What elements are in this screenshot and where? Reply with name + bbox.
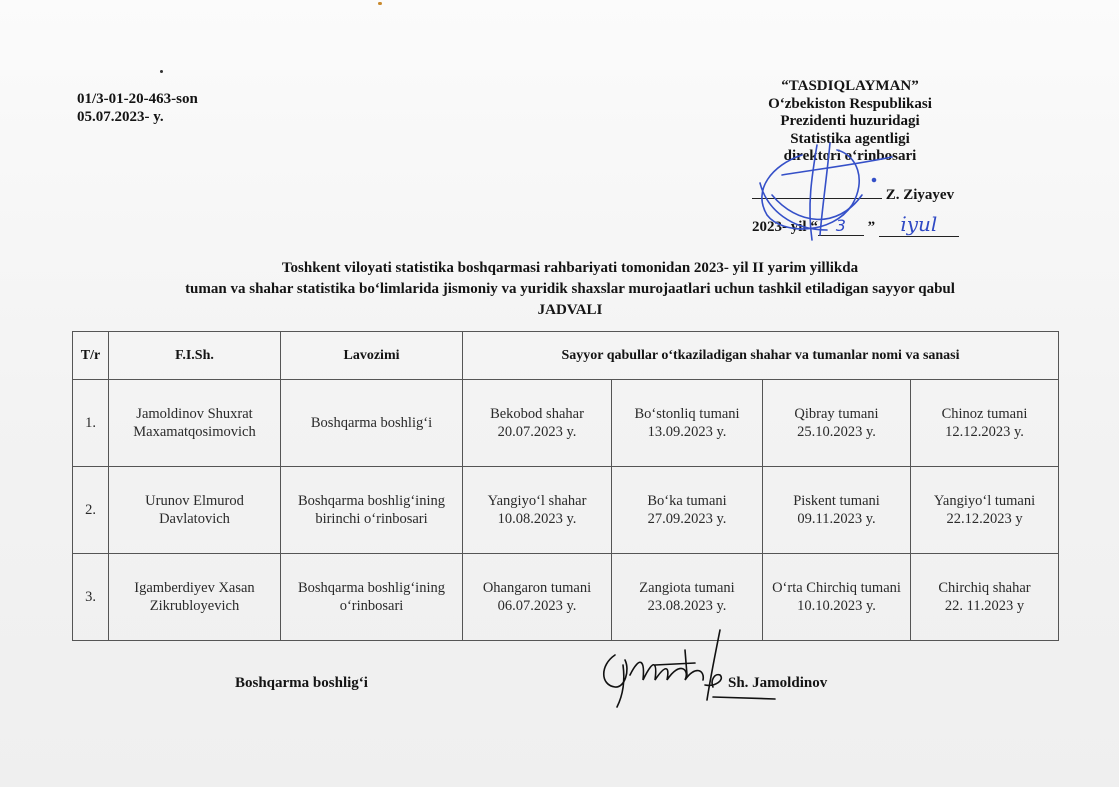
position-line: Boshqarma boshlig‘ining bbox=[283, 579, 460, 597]
cell-visit: Bekobod shahar20.07.2023 y. bbox=[463, 380, 612, 467]
cell-num: 1. bbox=[73, 380, 109, 467]
approval-date-row: 2023- yil “3 ” iyul bbox=[752, 212, 959, 237]
cell-visit: Zangiota tumani23.08.2023 y. bbox=[612, 554, 763, 641]
header-num: T/r bbox=[73, 332, 109, 380]
cell-position: Boshqarma boshlig‘iningo‘rinbosari bbox=[281, 554, 463, 641]
cell-num: 3. bbox=[73, 554, 109, 641]
visit-place: Bekobod shahar bbox=[465, 405, 609, 423]
document-title: Toshkent viloyati statistika boshqarmasi… bbox=[80, 258, 1060, 321]
signature-line bbox=[752, 184, 882, 199]
visit-place: Bo‘ka tumani bbox=[614, 492, 760, 510]
schedule-table: T/r F.I.Sh. Lavozimi Sayyor qabullar o‘t… bbox=[72, 331, 1059, 641]
visit-date: 23.08.2023 y. bbox=[614, 597, 760, 615]
cell-name: Igamberdiyev XasanZikrubloyevich bbox=[109, 554, 281, 641]
cell-visit: Bo‘stonliq tumani13.09.2023 y. bbox=[612, 380, 763, 467]
footer-position: Boshqarma boshlig‘i bbox=[235, 675, 368, 692]
paper-speck bbox=[378, 2, 382, 5]
visit-place: Ohangaron tumani bbox=[465, 579, 609, 597]
table-row: 1.Jamoldinov ShuxratMaxamatqosimovichBos… bbox=[73, 380, 1059, 467]
approval-block: “TASDIQLAYMAN” O‘zbekiston Respublikasi … bbox=[735, 78, 965, 166]
visit-date: 10.08.2023 y. bbox=[465, 510, 609, 528]
visit-place: Yangiyo‘l shahar bbox=[465, 492, 609, 510]
visit-date: 13.09.2023 y. bbox=[614, 423, 760, 441]
visit-date: 22.12.2023 y bbox=[913, 510, 1056, 528]
visit-place: Yangiyo‘l tumani bbox=[913, 492, 1056, 510]
cell-name: Jamoldinov ShuxratMaxamatqosimovich bbox=[109, 380, 281, 467]
visit-date: 22. 11.2023 y bbox=[913, 597, 1056, 615]
visit-date: 12.12.2023 y. bbox=[913, 423, 1056, 441]
name-line: Urunov Elmurod bbox=[111, 492, 278, 510]
cell-visit: O‘rta Chirchiq tumani10.10.2023 y. bbox=[763, 554, 911, 641]
footer-signatory: Sh. Jamoldinov bbox=[728, 675, 827, 692]
name-line: Jamoldinov Shuxrat bbox=[111, 405, 278, 423]
visit-date: 06.07.2023 y. bbox=[465, 597, 609, 615]
visit-date: 09.11.2023 y. bbox=[765, 510, 908, 528]
cell-position: Boshqarma boshlig‘i bbox=[281, 380, 463, 467]
date-day: 3 bbox=[818, 216, 864, 236]
reference-block: 01/3-01-20-463-son 05.07.2023- y. bbox=[77, 90, 198, 126]
visit-date: 25.10.2023 y. bbox=[765, 423, 908, 441]
position-line: Boshqarma boshlig‘i bbox=[283, 414, 460, 432]
table-header-row: T/r F.I.Sh. Lavozimi Sayyor qabullar o‘t… bbox=[73, 332, 1059, 380]
header-position: Lavozimi bbox=[281, 332, 463, 380]
approval-line: O‘zbekiston Respublikasi bbox=[735, 96, 965, 114]
table-row: 3.Igamberdiyev XasanZikrubloyevichBoshqa… bbox=[73, 554, 1059, 641]
name-line: Igamberdiyev Xasan bbox=[111, 579, 278, 597]
visit-place: Chinoz tumani bbox=[913, 405, 1056, 423]
approval-heading: “TASDIQLAYMAN” bbox=[735, 78, 965, 96]
reference-number: 01/3-01-20-463-son bbox=[77, 90, 198, 108]
table-row: 2.Urunov ElmurodDavlatovichBoshqarma bos… bbox=[73, 467, 1059, 554]
visit-date: 20.07.2023 y. bbox=[465, 423, 609, 441]
title-line-3: JADVALI bbox=[80, 300, 1060, 321]
date-prefix: 2023- yil “ bbox=[752, 219, 818, 235]
approval-signatory: Z. Ziyayev bbox=[886, 187, 954, 203]
visit-date: 27.09.2023 y. bbox=[614, 510, 760, 528]
cell-num: 2. bbox=[73, 467, 109, 554]
visit-place: O‘rta Chirchiq tumani bbox=[765, 579, 908, 597]
name-line: Zikrubloyevich bbox=[111, 597, 278, 615]
header-name: F.I.Sh. bbox=[109, 332, 281, 380]
visit-place: Bo‘stonliq tumani bbox=[614, 405, 760, 423]
cell-position: Boshqarma boshlig‘iningbirinchi o‘rinbos… bbox=[281, 467, 463, 554]
cell-visit: Piskent tumani09.11.2023 y. bbox=[763, 467, 911, 554]
visit-place: Zangiota tumani bbox=[614, 579, 760, 597]
cell-visit: Bo‘ka tumani27.09.2023 y. bbox=[612, 467, 763, 554]
approval-line: Statistika agentligi bbox=[735, 131, 965, 149]
date-month: iyul bbox=[879, 212, 959, 237]
visit-place: Piskent tumani bbox=[765, 492, 908, 510]
header-visits: Sayyor qabullar o‘tkaziladigan shahar va… bbox=[463, 332, 1059, 380]
document-page: 01/3-01-20-463-son 05.07.2023- y. “TASDI… bbox=[0, 0, 1119, 787]
reference-date: 05.07.2023- y. bbox=[77, 108, 198, 126]
date-mid: ” bbox=[868, 219, 876, 235]
cell-visit: Yangiyo‘l tumani22.12.2023 y bbox=[911, 467, 1059, 554]
paper-speck bbox=[160, 70, 163, 73]
cell-visit: Chinoz tumani12.12.2023 y. bbox=[911, 380, 1059, 467]
name-line: Maxamatqosimovich bbox=[111, 423, 278, 441]
visit-place: Chirchiq shahar bbox=[913, 579, 1056, 597]
title-line-1: Toshkent viloyati statistika boshqarmasi… bbox=[80, 258, 1060, 279]
cell-visit: Yangiyo‘l shahar10.08.2023 y. bbox=[463, 467, 612, 554]
approval-signature-row: Z. Ziyayev bbox=[752, 184, 967, 204]
cell-visit: Ohangaron tumani06.07.2023 y. bbox=[463, 554, 612, 641]
visit-date: 10.10.2023 y. bbox=[765, 597, 908, 615]
position-line: birinchi o‘rinbosari bbox=[283, 510, 460, 528]
visit-place: Qibray tumani bbox=[765, 405, 908, 423]
position-line: o‘rinbosari bbox=[283, 597, 460, 615]
cell-visit: Qibray tumani25.10.2023 y. bbox=[763, 380, 911, 467]
cell-visit: Chirchiq shahar22. 11.2023 y bbox=[911, 554, 1059, 641]
title-line-2: tuman va shahar statistika bo‘limlarida … bbox=[80, 279, 1060, 300]
position-line: Boshqarma boshlig‘ining bbox=[283, 492, 460, 510]
cell-name: Urunov ElmurodDavlatovich bbox=[109, 467, 281, 554]
approval-line: direktori o‘rinbosari bbox=[735, 148, 965, 166]
approval-line: Prezidenti huzuridagi bbox=[735, 113, 965, 131]
name-line: Davlatovich bbox=[111, 510, 278, 528]
